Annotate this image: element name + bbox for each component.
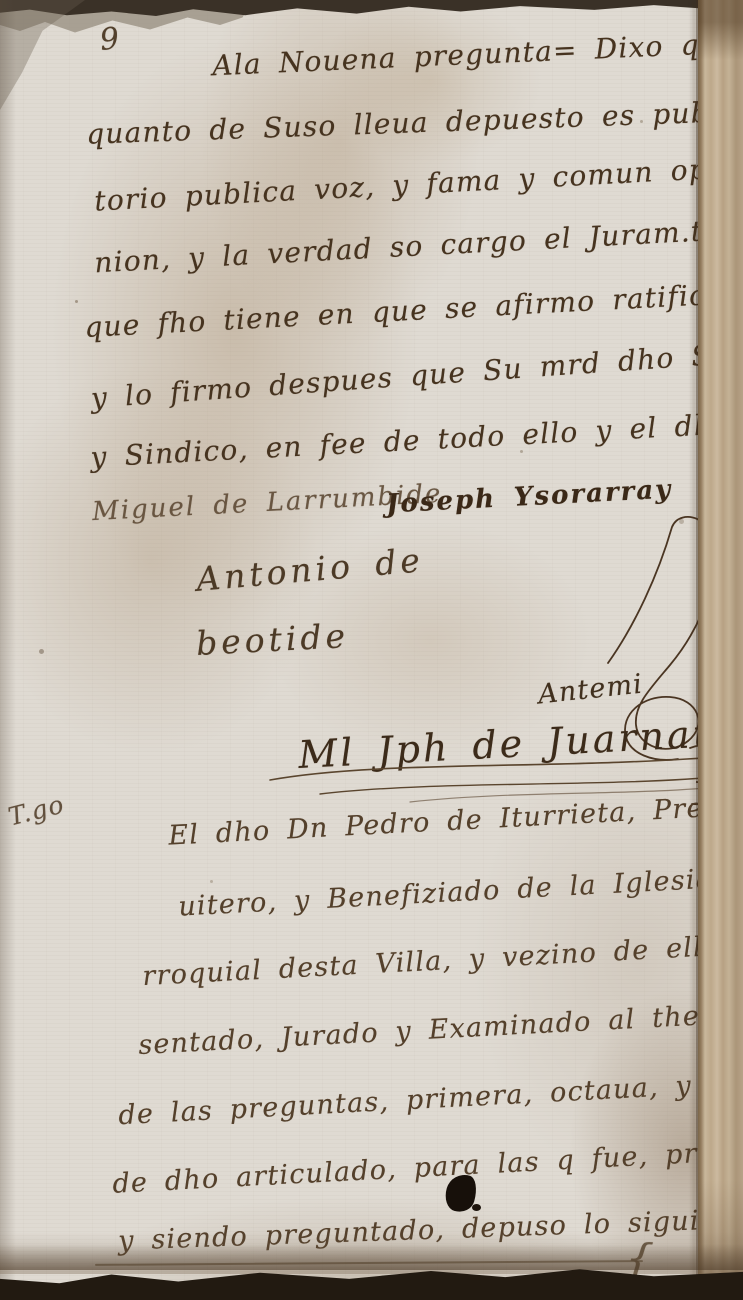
signature-antonio-beotide: beotide [195,616,350,663]
ink-blot [472,1204,481,1211]
bottom-shadow-soft [0,1244,743,1270]
page-stack-right-edge [698,0,743,1300]
binding-shadow-left [0,0,16,1300]
manuscript-photo: 9 Ala Nouena pregunta= Dixo que todo qua… [0,0,743,1300]
page-number: 9 [98,21,122,58]
